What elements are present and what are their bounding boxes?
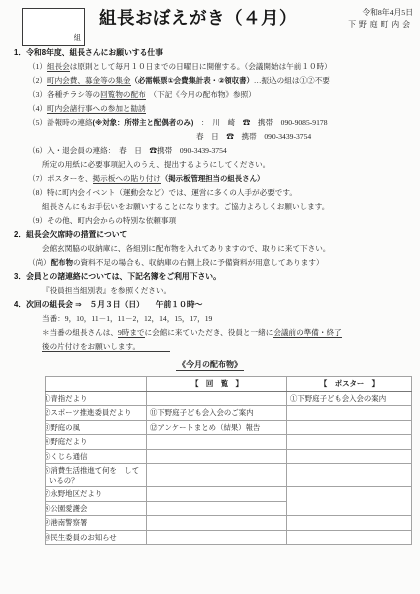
document-body: 1．令和8年度、組長さんにお願いする仕事 （1）組長会は原則として毎月１０日まで… (0, 46, 420, 545)
doc-line: 『役員担当組別表』を参照ください。 (42, 284, 420, 298)
cell-item: ③野庭の風 (46, 420, 147, 435)
cell-kairan: ⑪下野庭子ども会入会のご案内 (147, 406, 287, 421)
table-header-row: 【 回 覧 】 【 ポスター 】 (46, 377, 412, 392)
cell-item: ①青指だより (46, 391, 147, 406)
table-row: ⑩民生委員のお知らせ (46, 530, 412, 545)
cell-kairan (147, 530, 287, 545)
cell-item: ④野庭だより (46, 435, 147, 450)
doc-line: 当番：9，10，11－1，11－2，12，14，15，17，19 (42, 312, 420, 326)
organization-name: 下野庭町内会 (348, 19, 413, 31)
section-4-heading: 4．次回の組長会 ⇒ ５月３日（日） 午前１０時～ (14, 298, 420, 312)
doc-line: （7）ポスターを、掲示板への貼り付け（掲示板管理担当の組長さん） (28, 172, 420, 186)
doc-line: （3）各種チラシ等の回覧物の配布 （下記《今月の配布物》参照） (28, 88, 420, 102)
group-number-box: 組 (22, 8, 85, 46)
cell-kairan (147, 464, 287, 487)
document-title: 組長おぼえがき（４月） (99, 11, 297, 25)
doc-line: 組長さんにもお手伝いをお願いすることになります。ご協力よろしくお願いします。 (42, 200, 420, 214)
section-3-heading: 3．会員との諸連絡については、下記名簿をご利用下さい。 (14, 270, 420, 284)
doc-line: （5）訃報時の連絡(※対象：所帯主と配偶者のみ) ： 川 崎 ☎ 携帯 090-… (28, 116, 420, 130)
doc-line: （6）入・退会員の連絡： 春 日 ☎携帯 090-3439-3754 (28, 144, 420, 158)
table-row: ①青指だより ①下野庭子ども会入会の案内 (46, 391, 412, 406)
section-2-heading: 2．組長会欠席時の措置について (14, 228, 420, 242)
cell-poster (287, 435, 412, 450)
doc-line: （4）町内会諸行事への参加と勧誘 (28, 102, 420, 116)
cell-poster (287, 449, 412, 464)
doc-line: ＊当番の組長さんは、9時までに会館に来ていただき、役員と一緒に会議前の準備・終了 (42, 326, 420, 340)
cell-item: ⑧公園愛護会 (46, 501, 147, 516)
doc-line: 春 日 ☎ 携帯 090-3439-3754 (196, 130, 420, 144)
cell-item: ⑥消費生活推進て何を しているの？ (46, 464, 147, 487)
doc-line: 後の片付けをお願いします。 (42, 340, 420, 354)
cell-kairan (147, 516, 287, 531)
cell-poster (287, 530, 412, 545)
monthly-handouts-title: 《今月の配布物》 (0, 359, 420, 372)
cell-kairan (147, 449, 287, 464)
document-page: 組 組長おぼえがき（４月） 令和8年4月5日 下野庭町内会 1．令和8年度、組長… (0, 0, 420, 594)
doc-line: 会館玄関脇の収納庫に、各組別に配布物を入れてありますので、取りに来て下さい。 (42, 242, 420, 256)
cell-poster (287, 464, 412, 487)
doc-line: （9）その他、町内会からの特別な依頼事項 (28, 214, 420, 228)
cell-poster (287, 487, 412, 516)
cell-kairan (147, 435, 287, 450)
document-date: 令和8年4月5日 (348, 7, 413, 19)
cell-poster: ①下野庭子ども会入会の案内 (287, 391, 412, 406)
cell-item: ⑦永野地区だより (46, 487, 147, 502)
cell-kairan (147, 487, 287, 502)
group-box-label: 組 (74, 31, 81, 45)
cell-kairan (147, 391, 287, 406)
table-header-poster: 【 ポスター 】 (287, 377, 412, 392)
table-row: ⑨港南警察署 (46, 516, 412, 531)
doc-line: 所定の用紙に必要事項記入のうえ、提出するようにしてください。 (42, 158, 420, 172)
section-1-heading: 1．令和8年度、組長さんにお願いする仕事 (14, 46, 420, 60)
doc-line: （2）町内会費、募金等の集金（必需帳票①会費集計表・②領収書）…振込の組は①②不… (28, 74, 420, 88)
table-row: ④野庭だより (46, 435, 412, 450)
table-header-item (46, 377, 147, 392)
handouts-table: 【 回 覧 】 【 ポスター 】 ①青指だより ①下野庭子ども会入会の案内 ②ス… (45, 376, 412, 545)
cell-item: ⑨港南警察署 (46, 516, 147, 531)
table-row: ⑤くじら通信 (46, 449, 412, 464)
cell-kairan (147, 501, 287, 516)
cell-item: ⑩民生委員のお知らせ (46, 530, 147, 545)
cell-item: ②スポーツ推進委員だより (46, 406, 147, 421)
cell-poster (287, 406, 412, 421)
table-header-kairan: 【 回 覧 】 (147, 377, 287, 392)
doc-line: （8）特に町内会イベント（運動会など）では、運営に多くの人手が必要です。 (28, 186, 420, 200)
table-row: ②スポーツ推進委員だより ⑪下野庭子ども会入会のご案内 (46, 406, 412, 421)
table-row: ⑦永野地区だより (46, 487, 412, 502)
table-row: ③野庭の風 ⑫アンケートまとめ（結果）報告 (46, 420, 412, 435)
cell-item: ⑤くじら通信 (46, 449, 147, 464)
doc-line: （尚）配布物の資料不足の場合も、収納庫の右側上段に予備資料が用意してあります） (28, 256, 420, 270)
table-row: ⑥消費生活推進て何を しているの？ (46, 464, 412, 487)
cell-poster (287, 420, 412, 435)
date-block: 令和8年4月5日 下野庭町内会 (348, 7, 413, 30)
cell-poster (287, 516, 412, 531)
cell-kairan: ⑫アンケートまとめ（結果）報告 (147, 420, 287, 435)
doc-line: （1）組長会は原則として毎月１０日までの日曜日に開催する。（会議開始は午前１０時… (28, 60, 420, 74)
